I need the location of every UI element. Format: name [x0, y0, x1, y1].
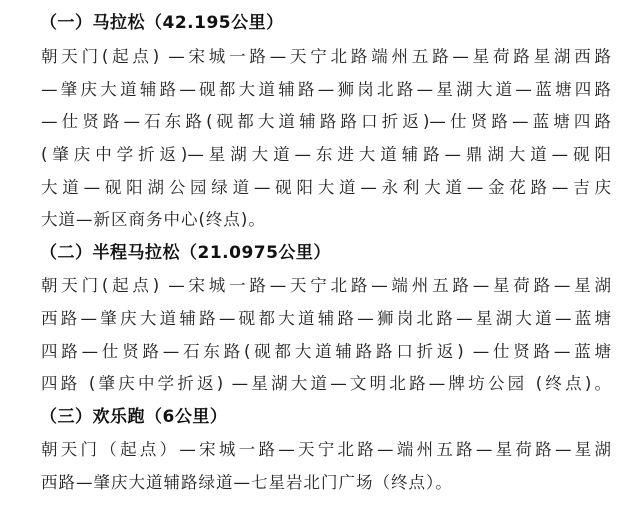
- half-marathon-route-line: 四路—仕贤路—石东路(砚都大道辅路路口折返) —仕贤路—蓝塘: [41, 338, 611, 362]
- section-heading-half-marathon: （二）半程马拉松（21.0975公里）: [40, 238, 331, 263]
- fun-run-route-line: 朝天门（起点）—宋城一路—天宁北路—端州五路—星荷路—星湖: [41, 436, 611, 460]
- section-heading-marathon: （一）马拉松（42.195公里）: [40, 8, 284, 33]
- section-heading-fun-run: （三）欢乐跑（6公里）: [40, 402, 227, 427]
- marathon-route-line: —肇庆大道辅路—砚都大道辅路—狮岗北路—星湖大道—蓝塘四路: [41, 76, 611, 100]
- marathon-route-line: 大道—砚阳湖公园绿道—砚阳大道—永利大道—金花路—吉庆: [41, 174, 611, 198]
- half-marathon-route-line: 西路—肇庆大道辅路—砚都大道辅路—狮岗北路—星湖大道—蓝塘: [41, 305, 611, 329]
- half-marathon-route-line: 四路 (肇庆中学折返) —星湖大道—文明北路—牌坊公园 (终点)。: [41, 370, 611, 394]
- marathon-route-line: —仕贤路—石东路(砚都大道辅路路口折返)—仕贤路—蓝塘四路: [41, 108, 611, 132]
- marathon-route-line: 大道—新区商务中心(终点)。: [41, 206, 611, 230]
- marathon-route-line: (肇庆中学折返)—星湖大道—东进大道辅路—鼎湖大道—砚阳: [41, 141, 611, 165]
- fun-run-route-line: 西路—肇庆大道辅路绿道—七星岩北门广场（终点）。: [41, 469, 611, 493]
- marathon-route-line: 朝天门(起点) —宋城一路—天宁北路端州五路—星荷路星湖西路: [41, 43, 611, 67]
- half-marathon-route-line: 朝天门(起点) —宋城一路—天宁北路—端州五路—星荷路—星湖: [41, 272, 611, 296]
